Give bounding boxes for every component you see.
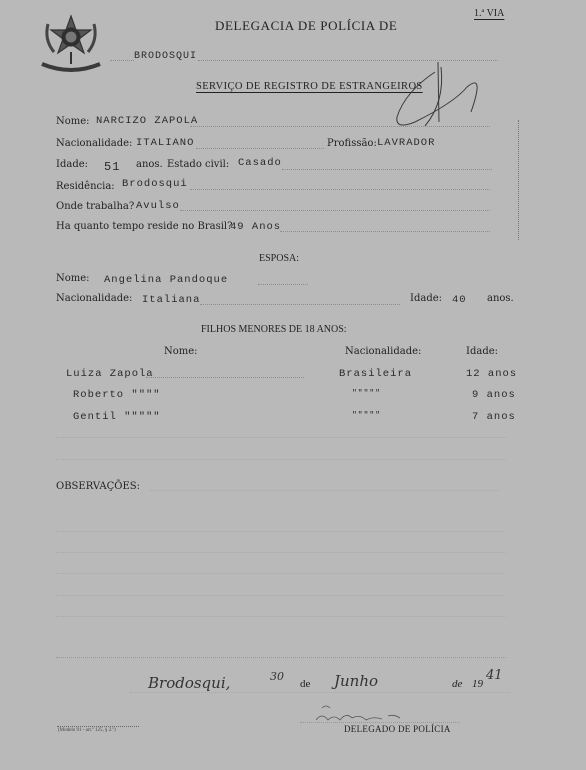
divider (56, 437, 506, 438)
time-in-brazil-label: Ha quanto tempo reside no Brasil? (56, 221, 233, 232)
time-in-brazil-value: 49 Anos (230, 221, 281, 233)
civil-status-value: Casado (238, 157, 282, 169)
city-value: BRODOSQUI (134, 51, 197, 62)
day-handwritten: 30 (270, 670, 284, 683)
age-label: Idade: (56, 159, 88, 170)
years-label: anos. (136, 159, 163, 170)
year-prefix: 19 (472, 678, 483, 690)
column-header-name: Nome: (164, 346, 198, 357)
residence-label: Residência: (56, 181, 115, 192)
work-value: Avulso (136, 200, 180, 212)
de-label: de (452, 678, 462, 690)
profession-label: Profissão: (327, 138, 377, 149)
divider (150, 490, 500, 491)
month-handwritten: Junho (334, 672, 378, 690)
child-name: Roberto """" (73, 389, 161, 401)
divider (280, 231, 490, 232)
spouse-name-label: Nome: (56, 273, 90, 284)
divider (56, 657, 506, 658)
margin-line (518, 120, 519, 240)
divider (57, 726, 139, 727)
divider (198, 60, 498, 61)
divider (258, 284, 308, 285)
spouse-years-label: anos. (487, 293, 514, 304)
civil-status-label: Estado civil: (167, 159, 229, 170)
year-handwritten: 41 (486, 668, 503, 683)
divider (146, 377, 304, 378)
divider (56, 573, 506, 574)
age-value: 51 (104, 160, 120, 174)
work-label: Onde trabalha? (56, 201, 134, 212)
child-name: Luiza Zapola (66, 368, 154, 380)
divider (56, 459, 506, 460)
child-nationality: """"" (352, 411, 381, 420)
child-nationality: Brasileira (339, 368, 412, 380)
child-nationality: """"" (352, 389, 381, 398)
signature-scribble (395, 62, 495, 130)
brazil-coat-of-arms-icon (40, 12, 102, 76)
divider (130, 692, 510, 693)
divider (196, 148, 324, 149)
column-header-age: Idade: (466, 346, 498, 357)
spouse-nationality-label: Nacionalidade: (56, 293, 132, 304)
copy-label: 1.ª VIA (474, 8, 504, 19)
spouse-nationality-value: Italiana (142, 294, 200, 306)
child-age: 7 anos (472, 411, 516, 423)
divider (190, 189, 490, 190)
divider (56, 531, 506, 532)
child-age: 9 anos (472, 389, 516, 401)
spouse-age-value: 40 (452, 294, 467, 306)
divider (200, 304, 400, 305)
divider (110, 60, 134, 61)
de-label: de (300, 678, 310, 690)
column-header-nationality: Nacionalidade: (345, 346, 421, 357)
signature-title: DELEGADO DE POLÍCIA (344, 724, 451, 734)
profession-value: LAVRADOR (377, 137, 435, 149)
residence-value: Brodosqui (122, 178, 188, 190)
place-handwritten: Brodosqui, (148, 674, 230, 692)
form-reference: (Modelo 91 - art.º 125, § 2.º) (58, 728, 116, 733)
nationality-label: Nacionalidade: (56, 138, 132, 149)
spouse-age-label: Idade: (410, 293, 442, 304)
spouse-name-value: Angelina Pandoque (104, 274, 228, 286)
divider (180, 210, 490, 211)
divider (56, 595, 506, 596)
signature-line (300, 722, 460, 723)
child-name: Gentil """"" (73, 411, 161, 423)
name-label: Nome: (56, 116, 90, 127)
spouse-heading: ESPOSA: (259, 253, 299, 264)
service-title: SERVIÇO DE REGISTRO DE ESTRANGEIROS (196, 81, 423, 92)
divider (190, 126, 490, 127)
divider (56, 552, 506, 553)
divider (56, 616, 506, 617)
nationality-value: ITALIANO (136, 137, 194, 149)
name-value: NARCIZO ZAPOLA (96, 115, 198, 127)
divider (282, 169, 492, 170)
observations-label: OBSERVAÇÕES: (56, 481, 140, 492)
child-age: 12 anos (466, 368, 517, 380)
children-heading: FILHOS MENORES DE 18 ANOS: (201, 324, 347, 335)
page-title: DELEGACIA DE POLÍCIA DE (215, 18, 397, 34)
